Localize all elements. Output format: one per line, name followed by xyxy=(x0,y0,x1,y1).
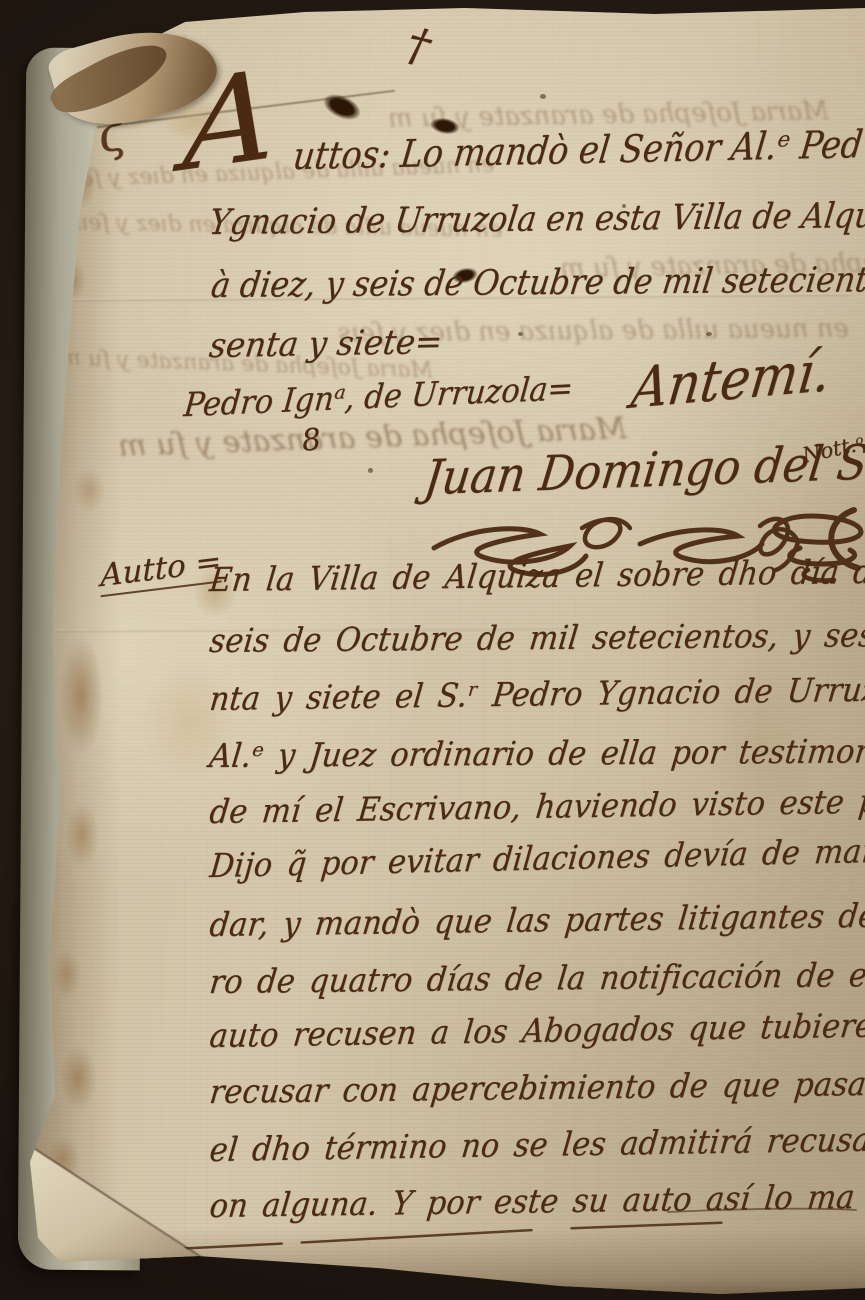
ink-speck xyxy=(368,468,373,473)
body-line: auto recusen a los Abogados que tubieren… xyxy=(208,1005,865,1055)
body-line: seis de Octubre de mil setecientos, y se… xyxy=(208,615,865,660)
judge-signature-flourish: 8 xyxy=(300,422,323,459)
ink-speck xyxy=(518,332,523,336)
body-line: de mí el Escrivano, haviendo visto este … xyxy=(208,780,865,831)
heading-line-1: uttos: Lo mandò el Señor Al.ᵉ Ped xyxy=(291,122,865,178)
ink-blot xyxy=(319,89,364,125)
ink-speck xyxy=(706,332,712,336)
body-line: dar, y mandò que las partes litigantes d… xyxy=(208,895,865,944)
body-line: En la Villa de Alquiza el sobre dho día … xyxy=(208,551,865,599)
heading-line-4: senta y siete= xyxy=(207,322,445,366)
body-line: el dho término no se les admitirá recusa… xyxy=(208,1119,865,1169)
heading-line-2: Ygnacio de Urruzola en esta Villa de Alq… xyxy=(207,196,865,244)
body-line: Al.ᵉ y Juez ordinario de ella por testim… xyxy=(207,731,865,775)
closing-flourish-line xyxy=(108,1208,860,1256)
ink-speck xyxy=(540,94,546,99)
manuscript-page: Marıa Joſepha de aranzate y ſu m en nueu… xyxy=(0,0,865,1300)
body-line: ro de quatro días de la notificación de … xyxy=(208,955,865,1001)
stain xyxy=(124,636,254,806)
heading-line-3: à diez, y seis de Octubre de mil setecie… xyxy=(209,260,865,306)
invocation-cross: † xyxy=(401,16,436,74)
body-line: recusar con apercebimiento de que pasado xyxy=(208,1064,865,1112)
body-line: nta y siete el S.ʳ Pedro Ygnacio de Urru… xyxy=(208,669,865,718)
ante-mi-note: Antemí. xyxy=(628,339,834,422)
photo-backdrop: Marıa Joſepha de aranzate y ſu m en nueu… xyxy=(0,0,865,1300)
body-line: Dijo q̃ por evitar dilaciones devía de m… xyxy=(208,831,865,885)
